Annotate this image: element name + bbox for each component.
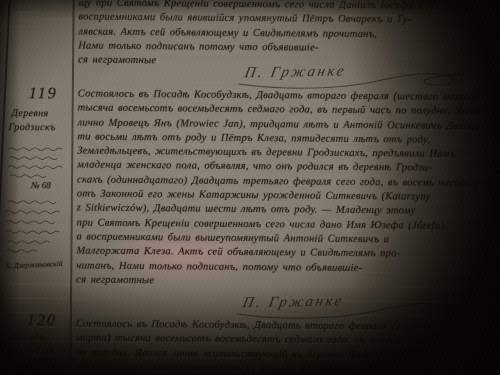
entry-119-number: 119 — [29, 85, 58, 103]
entry-119-margin-place: Деревня — [12, 108, 49, 119]
entry-120-margin-place: Посадъ — [11, 332, 45, 343]
text-line: земледѣльцевъ жительствующихъ въ Посадѣ … — [75, 360, 491, 375]
entry-120-margin-place: Кособудзкъ — [5, 346, 55, 356]
illegible-margin-annotation — [6, 144, 70, 185]
entry-120-text: Состоялось въ Посадѣ Кособудзкѣ, Двадцат… — [75, 317, 491, 375]
page-content: щу при Святомъ Крещеніи совершенномъ сег… — [0, 0, 500, 375]
entry-119-margin-place: Гродзискъ — [8, 122, 55, 133]
illegible-margin-annotation — [3, 196, 74, 257]
previous-entry-text: щу при Святомъ Крещеніи совершенномъ сег… — [78, 0, 433, 71]
entry-120-number: 120 — [27, 312, 57, 330]
entry-119-text: Состоялось въ Посадѣ Кособудзкѣ, Двадцат… — [76, 87, 500, 291]
entry-119-margin-ref: № 68 — [31, 180, 51, 190]
signature-period-dot — [496, 311, 498, 313]
register-page-photo: щу при Святомъ Крещеніи совершенномъ сег… — [0, 0, 500, 375]
